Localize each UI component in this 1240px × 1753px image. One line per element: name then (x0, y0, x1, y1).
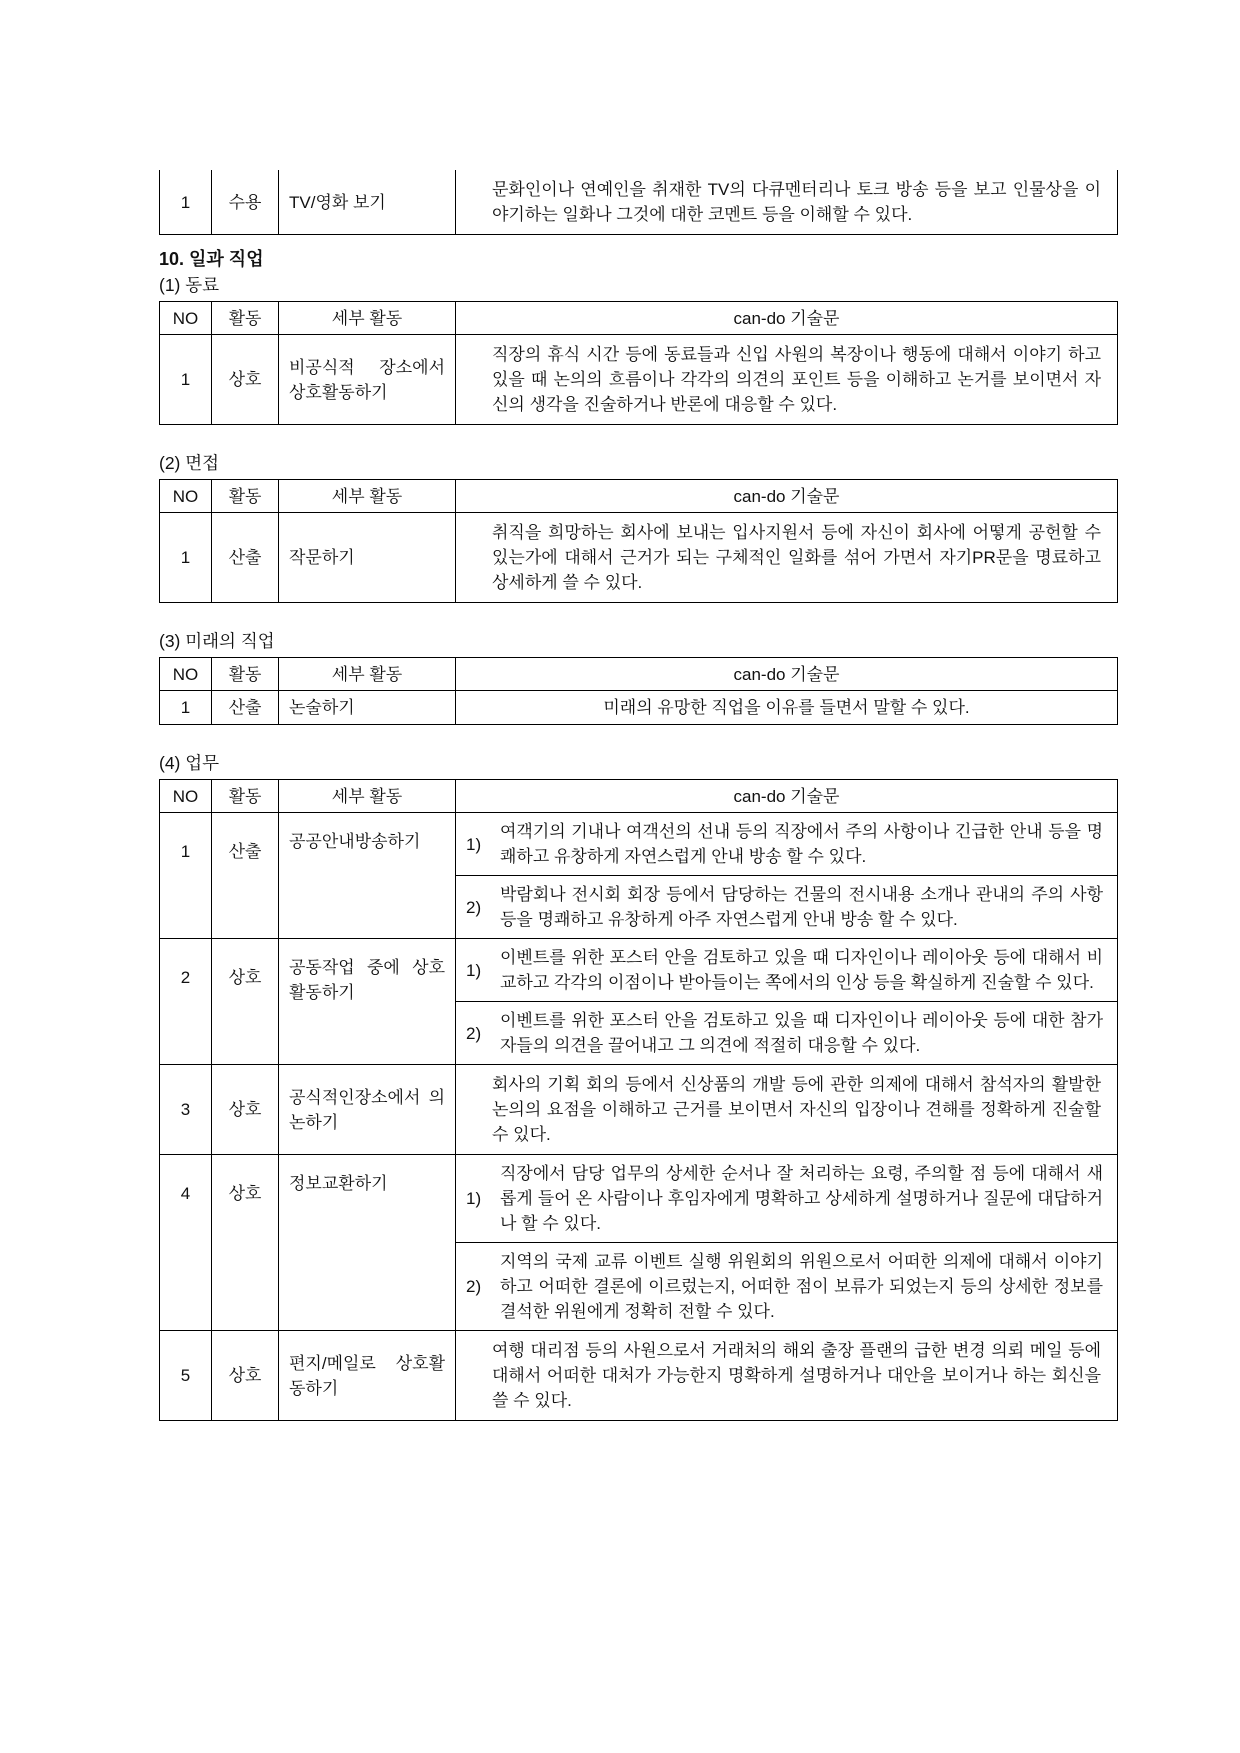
activity-header: 활동 (212, 480, 279, 513)
no-header: NO (160, 480, 212, 513)
cando-cell: 2) 이벤트를 위한 포스터 안을 검토하고 있을 때 디자인이나 레이아웃 등… (456, 1002, 1118, 1065)
no-header: NO (160, 658, 212, 691)
subsection-table-3: NO 활동 세부 활동 can-do 기술문 1 산출 논술하기 미래의 유망한… (159, 657, 1118, 725)
detail-activity-header: 세부 활동 (279, 780, 456, 813)
no-cell: 5 (160, 1331, 212, 1421)
sub-item-text: 박람회나 전시회 회장 등에서 담당하는 건물의 전시내용 소개나 관내의 주의… (500, 882, 1103, 932)
detail-activity-cell: 공공안내방송하기 (279, 813, 456, 939)
cando-cell: 취직을 희망하는 회사에 보내는 입사지원서 등에 자신이 회사에 어떻게 공헌… (456, 513, 1118, 603)
sub-item-marker: 1) (462, 958, 500, 983)
continuation-table: 1 수용 TV/영화 보기 문화인이나 연예인을 취재한 TV의 다큐멘터리나 … (159, 170, 1118, 235)
activity-cell: 수용 (212, 170, 279, 235)
detail-activity-cell: 편지/메일로 상호활동하기 (279, 1331, 456, 1421)
activity-cell: 산출 (212, 513, 279, 603)
cando-header: can-do 기술문 (456, 658, 1118, 691)
cando-cell: 미래의 유망한 직업을 이유를 들면서 말할 수 있다. (456, 691, 1118, 725)
subsection-heading-4: (4) 업무 (159, 751, 1240, 775)
no-cell: 4 (160, 1155, 212, 1331)
no-header: NO (160, 302, 212, 335)
detail-activity-cell: TV/영화 보기 (279, 170, 456, 235)
activity-cell: 상호 (212, 1155, 279, 1331)
sub-item-marker: 1) (462, 1186, 500, 1211)
cando-cell: 1) 이벤트를 위한 포스터 안을 검토하고 있을 때 디자인이나 레이아웃 등… (456, 939, 1118, 1002)
cando-cell: 1) 직장에서 담당 업무의 상세한 순서나 잘 처리하는 요령, 주의할 점 … (456, 1155, 1118, 1243)
table-header-row: NO 활동 세부 활동 can-do 기술문 (160, 302, 1118, 335)
activity-header: 활동 (212, 658, 279, 691)
sub-item-marker: 1) (462, 832, 500, 857)
section-heading: 10. 일과 직업 (159, 247, 1240, 271)
subsection-heading-2: (2) 면접 (159, 451, 1240, 475)
table-row: 4 상호 정보교환하기 1) 직장에서 담당 업무의 상세한 순서나 잘 처리하… (160, 1155, 1118, 1243)
table-row: 1 상호 비공식적 장소에서 상호활동하기 직장의 휴식 시간 등에 동료들과 … (160, 335, 1118, 425)
table-row: 3 상호 공식적인장소에서 의논하기 회사의 기획 회의 등에서 신상품의 개발… (160, 1065, 1118, 1155)
cando-cell: 문화인이나 연예인을 취재한 TV의 다큐멘터리나 토크 방송 등을 보고 인물… (456, 170, 1118, 235)
cando-header: can-do 기술문 (456, 480, 1118, 513)
detail-activity-cell: 논술하기 (279, 691, 456, 725)
activity-header: 활동 (212, 302, 279, 335)
cando-cell: 직장의 휴식 시간 등에 동료들과 신입 사원의 복장이나 행동에 대해서 이야… (456, 335, 1118, 425)
activity-cell: 상호 (212, 939, 279, 1065)
table-row: 1 수용 TV/영화 보기 문화인이나 연예인을 취재한 TV의 다큐멘터리나 … (160, 170, 1118, 235)
cando-cell: 2) 박람회나 전시회 회장 등에서 담당하는 건물의 전시내용 소개나 관내의… (456, 876, 1118, 939)
sub-item-text: 이벤트를 위한 포스터 안을 검토하고 있을 때 디자인이나 레이아웃 등에 대… (500, 1008, 1103, 1058)
cando-cell: 회사의 기획 회의 등에서 신상품의 개발 등에 관한 의제에 대해서 참석자의… (456, 1065, 1118, 1155)
document-page: 1 수용 TV/영화 보기 문화인이나 연예인을 취재한 TV의 다큐멘터리나 … (0, 0, 1240, 1421)
activity-cell: 상호 (212, 335, 279, 425)
detail-activity-header: 세부 활동 (279, 658, 456, 691)
sub-item-marker: 2) (462, 1021, 500, 1046)
activity-cell: 상호 (212, 1331, 279, 1421)
table-row: 2 상호 공동작업 중에 상호활동하기 1) 이벤트를 위한 포스터 안을 검토… (160, 939, 1118, 1002)
no-cell: 1 (160, 335, 212, 425)
sub-item-marker: 2) (462, 895, 500, 920)
cando-header: can-do 기술문 (456, 780, 1118, 813)
activity-cell: 산출 (212, 813, 279, 939)
table-header-row: NO 활동 세부 활동 can-do 기술문 (160, 658, 1118, 691)
table-row: 5 상호 편지/메일로 상호활동하기 여행 대리점 등의 사원으로서 거래처의 … (160, 1331, 1118, 1421)
no-cell: 1 (160, 691, 212, 725)
subsection-heading-3: (3) 미래의 직업 (159, 629, 1240, 653)
no-header: NO (160, 780, 212, 813)
detail-activity-cell: 비공식적 장소에서 상호활동하기 (279, 335, 456, 425)
activity-cell: 상호 (212, 1065, 279, 1155)
sub-item-marker: 2) (462, 1274, 500, 1299)
table-row: 1 산출 작문하기 취직을 희망하는 회사에 보내는 입사지원서 등에 자신이 … (160, 513, 1118, 603)
no-cell: 1 (160, 170, 212, 235)
no-cell: 3 (160, 1065, 212, 1155)
subsection-heading-1: (1) 동료 (159, 273, 1240, 297)
table-header-row: NO 활동 세부 활동 can-do 기술문 (160, 780, 1118, 813)
subsection-table-2: NO 활동 세부 활동 can-do 기술문 1 산출 작문하기 취직을 희망하… (159, 479, 1118, 603)
detail-activity-cell: 공동작업 중에 상호활동하기 (279, 939, 456, 1065)
cando-cell: 2) 지역의 국제 교류 이벤트 실행 위원회의 위원으로서 어떠한 의제에 대… (456, 1243, 1118, 1331)
detail-activity-header: 세부 활동 (279, 302, 456, 335)
activity-cell: 산출 (212, 691, 279, 725)
sub-item-text: 여객기의 기내나 여객선의 선내 등의 직장에서 주의 사항이나 긴급한 안내 … (500, 819, 1103, 869)
sub-item-text: 직장에서 담당 업무의 상세한 순서나 잘 처리하는 요령, 주의할 점 등에 … (500, 1161, 1103, 1236)
subsection-table-1: NO 활동 세부 활동 can-do 기술문 1 상호 비공식적 장소에서 상호… (159, 301, 1118, 425)
table-row: 1 산출 논술하기 미래의 유망한 직업을 이유를 들면서 말할 수 있다. (160, 691, 1118, 725)
cando-cell: 1) 여객기의 기내나 여객선의 선내 등의 직장에서 주의 사항이나 긴급한 … (456, 813, 1118, 876)
table-row: 1 산출 공공안내방송하기 1) 여객기의 기내나 여객선의 선내 등의 직장에… (160, 813, 1118, 876)
no-cell: 1 (160, 813, 212, 939)
cando-cell: 여행 대리점 등의 사원으로서 거래처의 해외 출장 플랜의 급한 변경 의뢰 … (456, 1331, 1118, 1421)
table-header-row: NO 활동 세부 활동 can-do 기술문 (160, 480, 1118, 513)
subsection-table-4: NO 활동 세부 활동 can-do 기술문 1 산출 공공안내방송하기 1) … (159, 779, 1118, 1421)
detail-activity-cell: 정보교환하기 (279, 1155, 456, 1331)
detail-activity-cell: 공식적인장소에서 의논하기 (279, 1065, 456, 1155)
sub-item-text: 이벤트를 위한 포스터 안을 검토하고 있을 때 디자인이나 레이아웃 등에 대… (500, 945, 1103, 995)
activity-header: 활동 (212, 780, 279, 813)
detail-activity-cell: 작문하기 (279, 513, 456, 603)
sub-item-text: 지역의 국제 교류 이벤트 실행 위원회의 위원으로서 어떠한 의제에 대해서 … (500, 1249, 1103, 1324)
no-cell: 1 (160, 513, 212, 603)
no-cell: 2 (160, 939, 212, 1065)
detail-activity-header: 세부 활동 (279, 480, 456, 513)
cando-header: can-do 기술문 (456, 302, 1118, 335)
